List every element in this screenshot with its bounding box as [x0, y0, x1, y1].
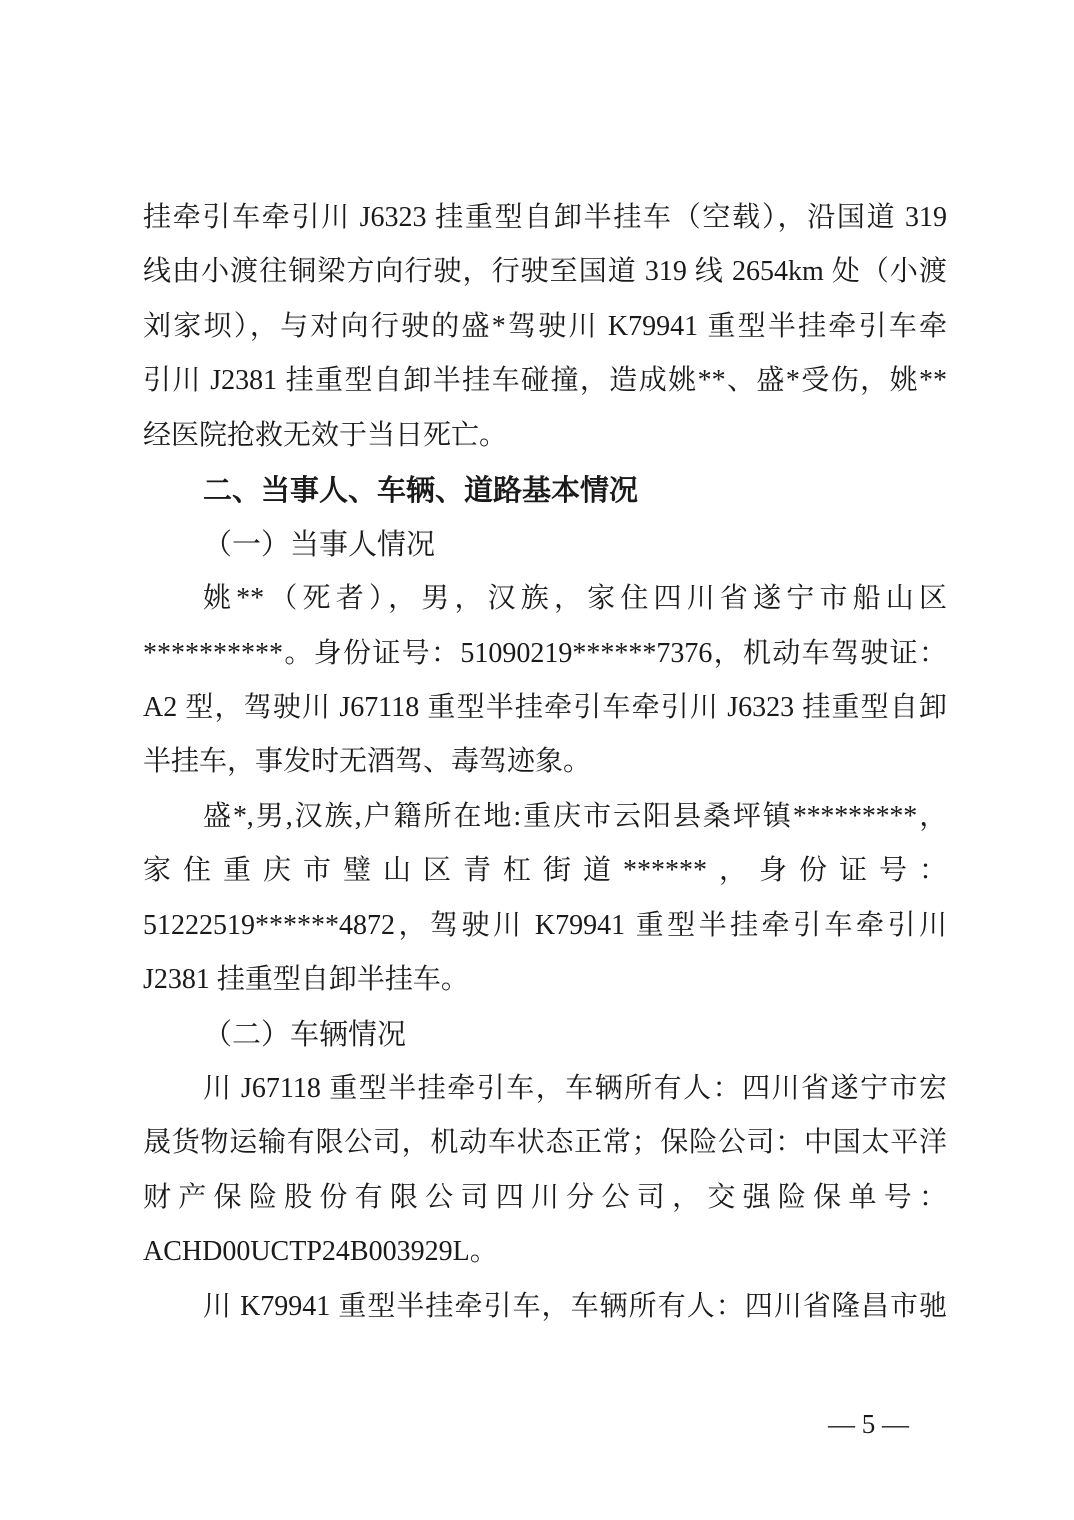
body-line: 刘家坝），与对向行驶的盛*驾驶川 K79941 重型半挂牵引车牵 — [143, 300, 947, 354]
body-line: 挂牵引车牵引川 J6323 挂重型自卸半挂车（空载），沿国道 319 — [143, 191, 947, 245]
body-line: 晟货物运输有限公司，机动车状态正常；保险公司：中国太平洋 — [143, 1116, 947, 1170]
document-page: 挂牵引车牵引川 J6323 挂重型自卸半挂车（空载），沿国道 319 线由小渡往… — [0, 0, 1074, 1520]
body-line: 川 K79941 重型半挂牵引车，车辆所有人：四川省隆昌市驰 — [143, 1280, 947, 1334]
subsection-heading: （二）车辆情况 — [143, 1008, 947, 1062]
subsection-heading: （一）当事人情况 — [143, 518, 947, 572]
body-line: ACHD00UCTP24B003929L。 — [143, 1225, 947, 1279]
body-line: 川 J67118 重型半挂牵引车，车辆所有人：四川省遂宁市宏 — [143, 1062, 947, 1116]
body-line: 51222519******4872，驾驶川 K79941 重型半挂牵引车牵引川 — [143, 899, 947, 953]
body-line: 半挂车，事发时无酒驾、毒驾迹象。 — [143, 735, 947, 789]
body-line: 财产保险股份有限公司四川分公司，交强险保单号： — [143, 1171, 947, 1225]
body-line: 姚**（死者），男，汉族，家住四川省遂宁市船山区 — [143, 572, 947, 626]
body-line: 盛*,男,汉族,户籍所在地:重庆市云阳县桑坪镇*********， — [143, 790, 947, 844]
body-line: 家住重庆市璧山区青杠街道******，身份证号： — [143, 844, 947, 898]
body-line: A2 型，驾驶川 J67118 重型半挂牵引车牵引川 J6323 挂重型自卸 — [143, 681, 947, 735]
body-line: **********。身份证号：51090219******7376，机动车驾驶… — [143, 627, 947, 681]
body-line: 引川 J2381 挂重型自卸半挂车碰撞，造成姚**、盛*受伤，姚** — [143, 354, 947, 408]
body-line: 线由小渡往铜梁方向行驶，行驶至国道 319 线 2654km 处（小渡 — [143, 245, 947, 299]
body-line: J2381 挂重型自卸半挂车。 — [143, 953, 947, 1007]
body-line: 经医院抢救无效于当日死亡。 — [143, 409, 947, 463]
section-heading: 二、当事人、车辆、道路基本情况 — [143, 463, 947, 517]
document-body: 挂牵引车牵引川 J6323 挂重型自卸半挂车（空载），沿国道 319 线由小渡往… — [143, 191, 947, 1334]
page-number: — 5 — — [828, 1404, 938, 1444]
